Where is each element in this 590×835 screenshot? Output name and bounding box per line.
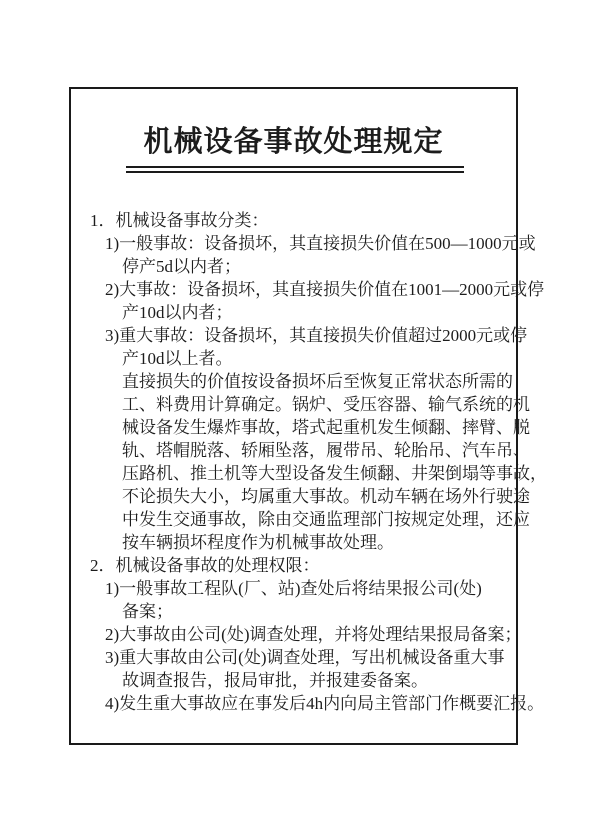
document-title: 机械设备事故处理规定 bbox=[71, 125, 516, 159]
document-page-border: 机械设备事故处理规定 1．机械设备事故分类： 1)一般事故：设备损坏，其直接损失… bbox=[69, 87, 518, 745]
sec2-item1-line2: 备案； bbox=[71, 600, 516, 623]
section-1-heading: 1．机械设备事故分类： bbox=[71, 209, 516, 232]
sec2-item1-line1: 1)一般事故工程队(厂、站)查处后将结果报公司(处) bbox=[71, 577, 516, 600]
sec1-item2-line2: 产10d以内者； bbox=[71, 301, 516, 324]
sec1-item3-line1: 3)重大事故：设备损坏，其直接损失价值超过2000元或停 bbox=[71, 324, 516, 347]
sec1-paragraph-line4: 轨、塔帽脱落、轿厢坠落，履带吊、轮胎吊、汽车吊、 bbox=[71, 439, 516, 462]
sec1-paragraph-line5: 压路机、推土机等大型设备发生倾翻、井架倒塌等事故， bbox=[71, 462, 516, 485]
sec1-paragraph-line6: 不论损失大小，均属重大事故。机动车辆在场外行驶途 bbox=[71, 485, 516, 508]
sec2-item2-line1: 2)大事故由公司(处)调查处理，并将处理结果报局备案； bbox=[71, 623, 516, 646]
document-body: 1．机械设备事故分类： 1)一般事故：设备损坏，其直接损失价值在500—1000… bbox=[71, 209, 516, 715]
sec2-item3-line2: 故调查报告，报局审批，并报建委备案。 bbox=[71, 669, 516, 692]
scan-page-background: 机械设备事故处理规定 1．机械设备事故分类： 1)一般事故：设备损坏，其直接损失… bbox=[0, 0, 590, 835]
sec1-paragraph-line2: 工、料费用计算确定。锅炉、受压容器、输气系统的机 bbox=[71, 393, 516, 416]
title-double-underline bbox=[126, 166, 464, 173]
sec1-paragraph-line1: 直接损失的价值按设备损坏后至恢复正常状态所需的 bbox=[71, 370, 516, 393]
sec1-paragraph-line3: 械设备发生爆炸事故，塔式起重机发生倾翻、摔臂、脱 bbox=[71, 416, 516, 439]
sec1-item2-line1: 2)大事故：设备损坏，其直接损失价值在1001—2000元或停 bbox=[71, 278, 516, 301]
sec1-item1-line1: 1)一般事故：设备损坏，其直接损失价值在500—1000元或 bbox=[71, 232, 516, 255]
sec2-item4-line1: 4)发生重大事故应在事发后4h内向局主管部门作概要汇报。 bbox=[71, 692, 516, 715]
sec2-item3-line1: 3)重大事故由公司(处)调查处理，写出机械设备重大事 bbox=[71, 646, 516, 669]
sec1-paragraph-line8: 按车辆损坏程度作为机械事故处理。 bbox=[71, 531, 516, 554]
sec1-paragraph-line7: 中发生交通事故，除由交通监理部门按规定处理，还应 bbox=[71, 508, 516, 531]
section-2-heading: 2．机械设备事故的处理权限： bbox=[71, 554, 516, 577]
sec1-item3-line2: 产10d以上者。 bbox=[71, 347, 516, 370]
sec1-item1-line2: 停产5d以内者； bbox=[71, 255, 516, 278]
